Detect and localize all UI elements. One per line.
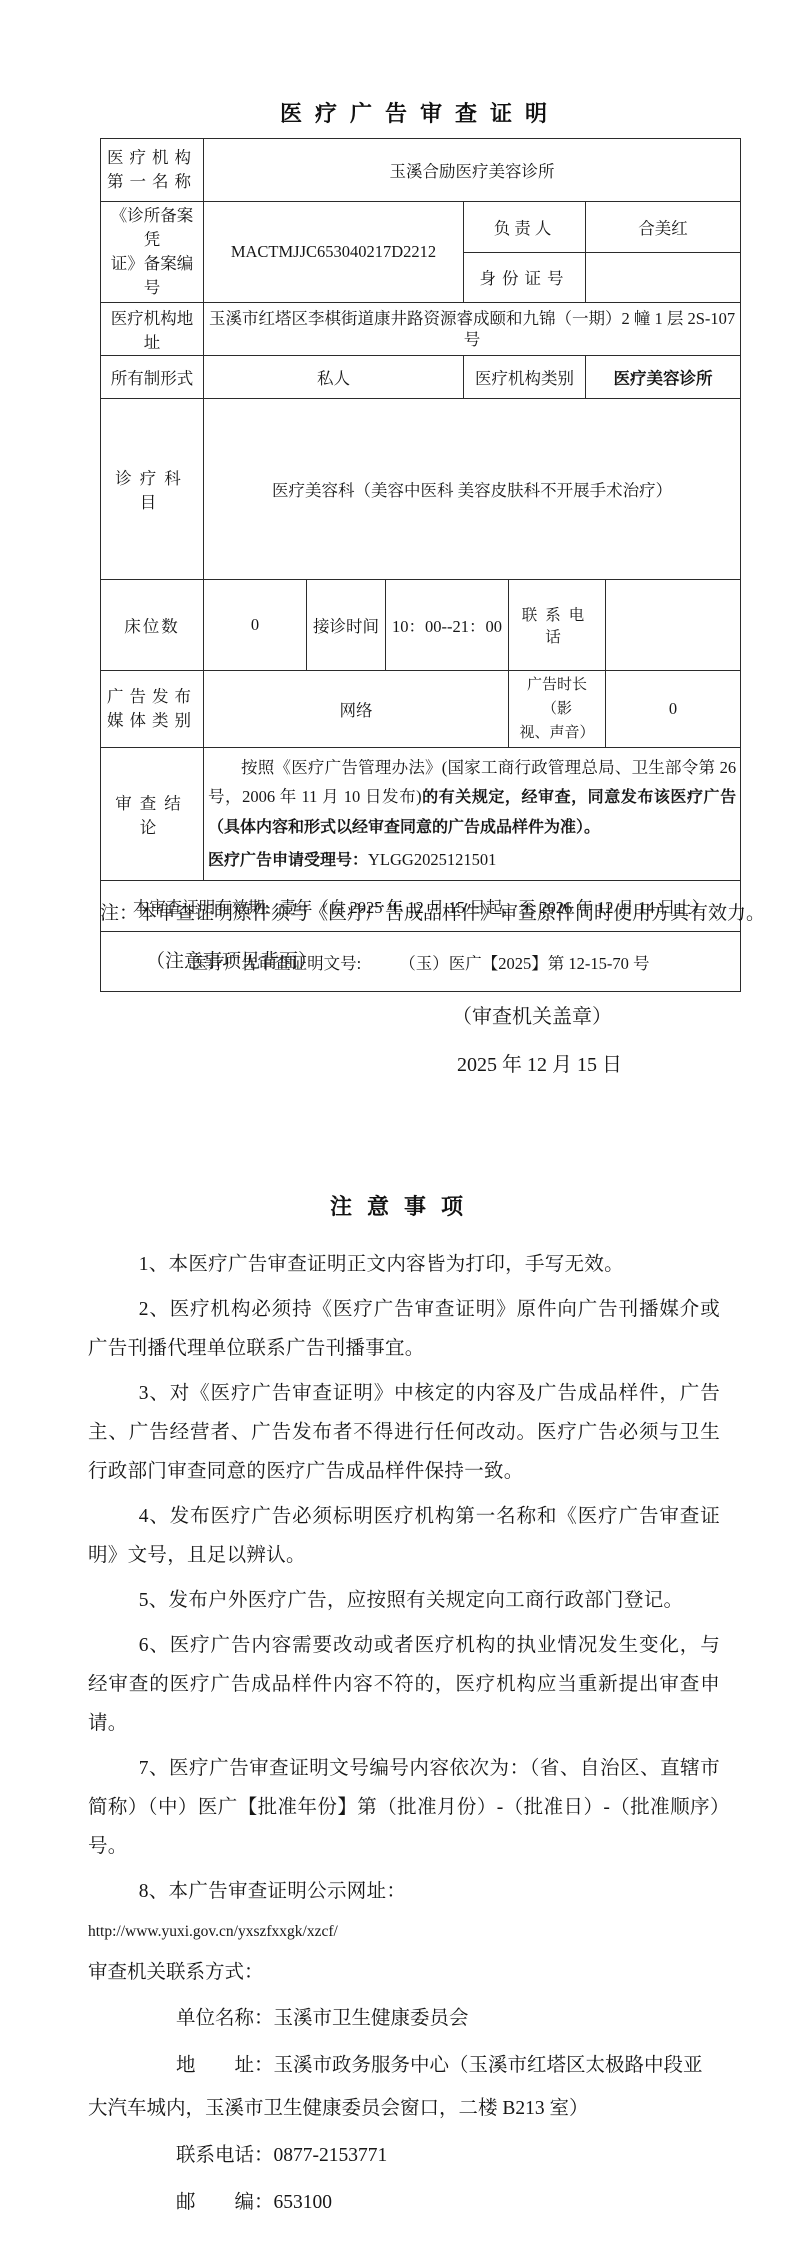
cert-no-value: （玉）医广【2025】第 12-15-70 号 <box>399 954 649 973</box>
record-no-label: 《诊所备案凭 证》备案编号 <box>101 202 204 303</box>
conclusion-text: 按照《医疗广告管理办法》(国家工商行政管理总局、卫生部令第 26 号，2006 … <box>208 753 736 842</box>
record-no-value: MACTMJJC653040217D2212 <box>204 202 464 303</box>
notice-item-2: 2、医疗机构必须持《医疗广告审查证明》原件向广告刊播媒介或广告刊播代理单位联系广… <box>88 1290 720 1368</box>
hours-value: 10：00--21：00 <box>386 580 509 671</box>
ownership-label: 所有制形式 <box>101 356 204 399</box>
acceptance-number-line: 医疗广告申请受理号：YLGG2025121501 <box>208 845 736 875</box>
seal-placeholder: （审查机关盖章） <box>452 1000 612 1029</box>
notice-item-5: 5、发布户外医疗广告，应按照有关规定向工商行政部门登记。 <box>88 1581 720 1620</box>
id-number-value <box>586 252 741 303</box>
contact-phone: 联系电话：0877-2153771 <box>88 2134 720 2177</box>
row-beds: 床位数 0 接诊时间 10：00--21：00 联系电话 <box>101 580 741 671</box>
org-name-value: 玉溪合励医疗美容诊所 <box>204 139 741 202</box>
notice-item-7: 7、医疗广告审查证明文号编号内容依次为：（省、自治区、直辖市简称）（中）医广【批… <box>88 1749 720 1866</box>
org-category-label: 医疗机构类别 <box>464 356 586 399</box>
certificate-table: 医疗机构 第一名称 玉溪合励医疗美容诊所 《诊所备案凭 证》备案编号 MACTM… <box>100 138 741 992</box>
beds-label: 床位数 <box>101 580 204 671</box>
row-address: 医疗机构地址 玉溪市红塔区李棋街道康井路资源睿成颐和九锦（一期）2 幢 1 层 … <box>101 303 741 356</box>
hours-label: 接诊时间 <box>307 580 386 671</box>
ad-duration-value: 0 <box>606 671 741 748</box>
contact-heading: 审查机关联系方式： <box>88 1953 720 1993</box>
ad-duration-label: 广告时长（影 视、声音） <box>509 671 606 748</box>
conclusion-content: 按照《医疗广告管理办法》(国家工商行政管理总局、卫生部令第 26 号，2006 … <box>204 748 741 881</box>
row-departments: 诊疗科目 医疗美容科（美容中医科 美容皮肤科不开展手术治疗） <box>101 399 741 580</box>
see-back-note: （注意事项见背面） <box>146 946 317 973</box>
certificate-page: 医疗广告审查证明 医疗机构 第一名称 玉溪合励医疗美容诊所 《诊所备案凭 证》备… <box>0 0 793 2244</box>
original-validity-note: 注：本审查证明原件须与《医疗广告成品样件》审查原件同时使用方具有效力。 <box>100 898 765 925</box>
org-name-label: 医疗机构 第一名称 <box>101 139 204 202</box>
page-title: 医疗广告审查证明 <box>100 97 740 128</box>
publication-url: http://www.yuxi.gov.cn/yxszfxxgk/xzcf/ <box>88 1917 720 1947</box>
row-ad-media: 广告发布 媒体类别 网络 广告时长（影 视、声音） 0 <box>101 671 741 748</box>
notice-item-8: 8、本广告审查证明公示网址： <box>88 1872 720 1911</box>
departments-value: 医疗美容科（美容中医科 美容皮肤科不开展手术治疗） <box>204 399 741 580</box>
org-category-value: 医疗美容诊所 <box>586 356 741 399</box>
contact-org: 单位名称：玉溪市卫生健康委员会 <box>88 1997 720 2040</box>
row-org-name: 医疗机构 第一名称 玉溪合励医疗美容诊所 <box>101 139 741 202</box>
row-ownership: 所有制形式 私人 医疗机构类别 医疗美容诊所 <box>101 356 741 399</box>
principal-value: 合美红 <box>586 202 741 253</box>
conclusion-label: 审查结论 <box>101 748 204 881</box>
address-value: 玉溪市红塔区李棋街道康井路资源睿成颐和九锦（一期）2 幢 1 层 2S-107 … <box>204 303 741 356</box>
contact-zip: 邮 编：653100 <box>88 2181 720 2224</box>
ownership-value: 私人 <box>204 356 464 399</box>
contact-address: 地 址：玉溪市政务服务中心（玉溪市红塔区太极路中段亚大汽车城内，玉溪市卫生健康委… <box>88 2044 720 2130</box>
row-conclusion: 审查结论 按照《医疗广告管理办法》(国家工商行政管理总局、卫生部令第 26 号，… <box>101 748 741 881</box>
notice-item-6: 6、医疗广告内容需要改动或者医疗机构的执业情况发生变化，与经审查的医疗广告成品样… <box>88 1626 720 1743</box>
phone-label: 联系电话 <box>509 580 606 671</box>
phone-value <box>606 580 741 671</box>
id-number-label: 身份证号 <box>464 252 586 303</box>
row-record-no: 《诊所备案凭 证》备案编号 MACTMJJC653040217D2212 负责人… <box>101 202 741 253</box>
notice-item-1: 1、本医疗广告审查证明正文内容皆为打印，手写无效。 <box>88 1245 720 1284</box>
issue-date: 2025 年 12 月 15 日 <box>457 1048 622 1077</box>
notice-heading: 注意事项 <box>88 1190 720 1221</box>
departments-label: 诊疗科目 <box>101 399 204 580</box>
beds-value: 0 <box>204 580 307 671</box>
ad-media-value: 网络 <box>204 671 509 748</box>
ad-media-label: 广告发布 媒体类别 <box>101 671 204 748</box>
notice-item-3: 3、对《医疗广告审查证明》中核定的内容及广告成品样件，广告主、广告经营者、广告发… <box>88 1374 720 1491</box>
address-label: 医疗机构地址 <box>101 303 204 356</box>
notice-section: 注意事项 1、本医疗广告审查证明正文内容皆为打印，手写无效。 2、医疗机构必须持… <box>88 1190 720 2228</box>
principal-label: 负责人 <box>464 202 586 253</box>
notice-item-4: 4、发布医疗广告必须标明医疗机构第一名称和《医疗广告审查证明》文号，且足以辨认。 <box>88 1497 720 1575</box>
